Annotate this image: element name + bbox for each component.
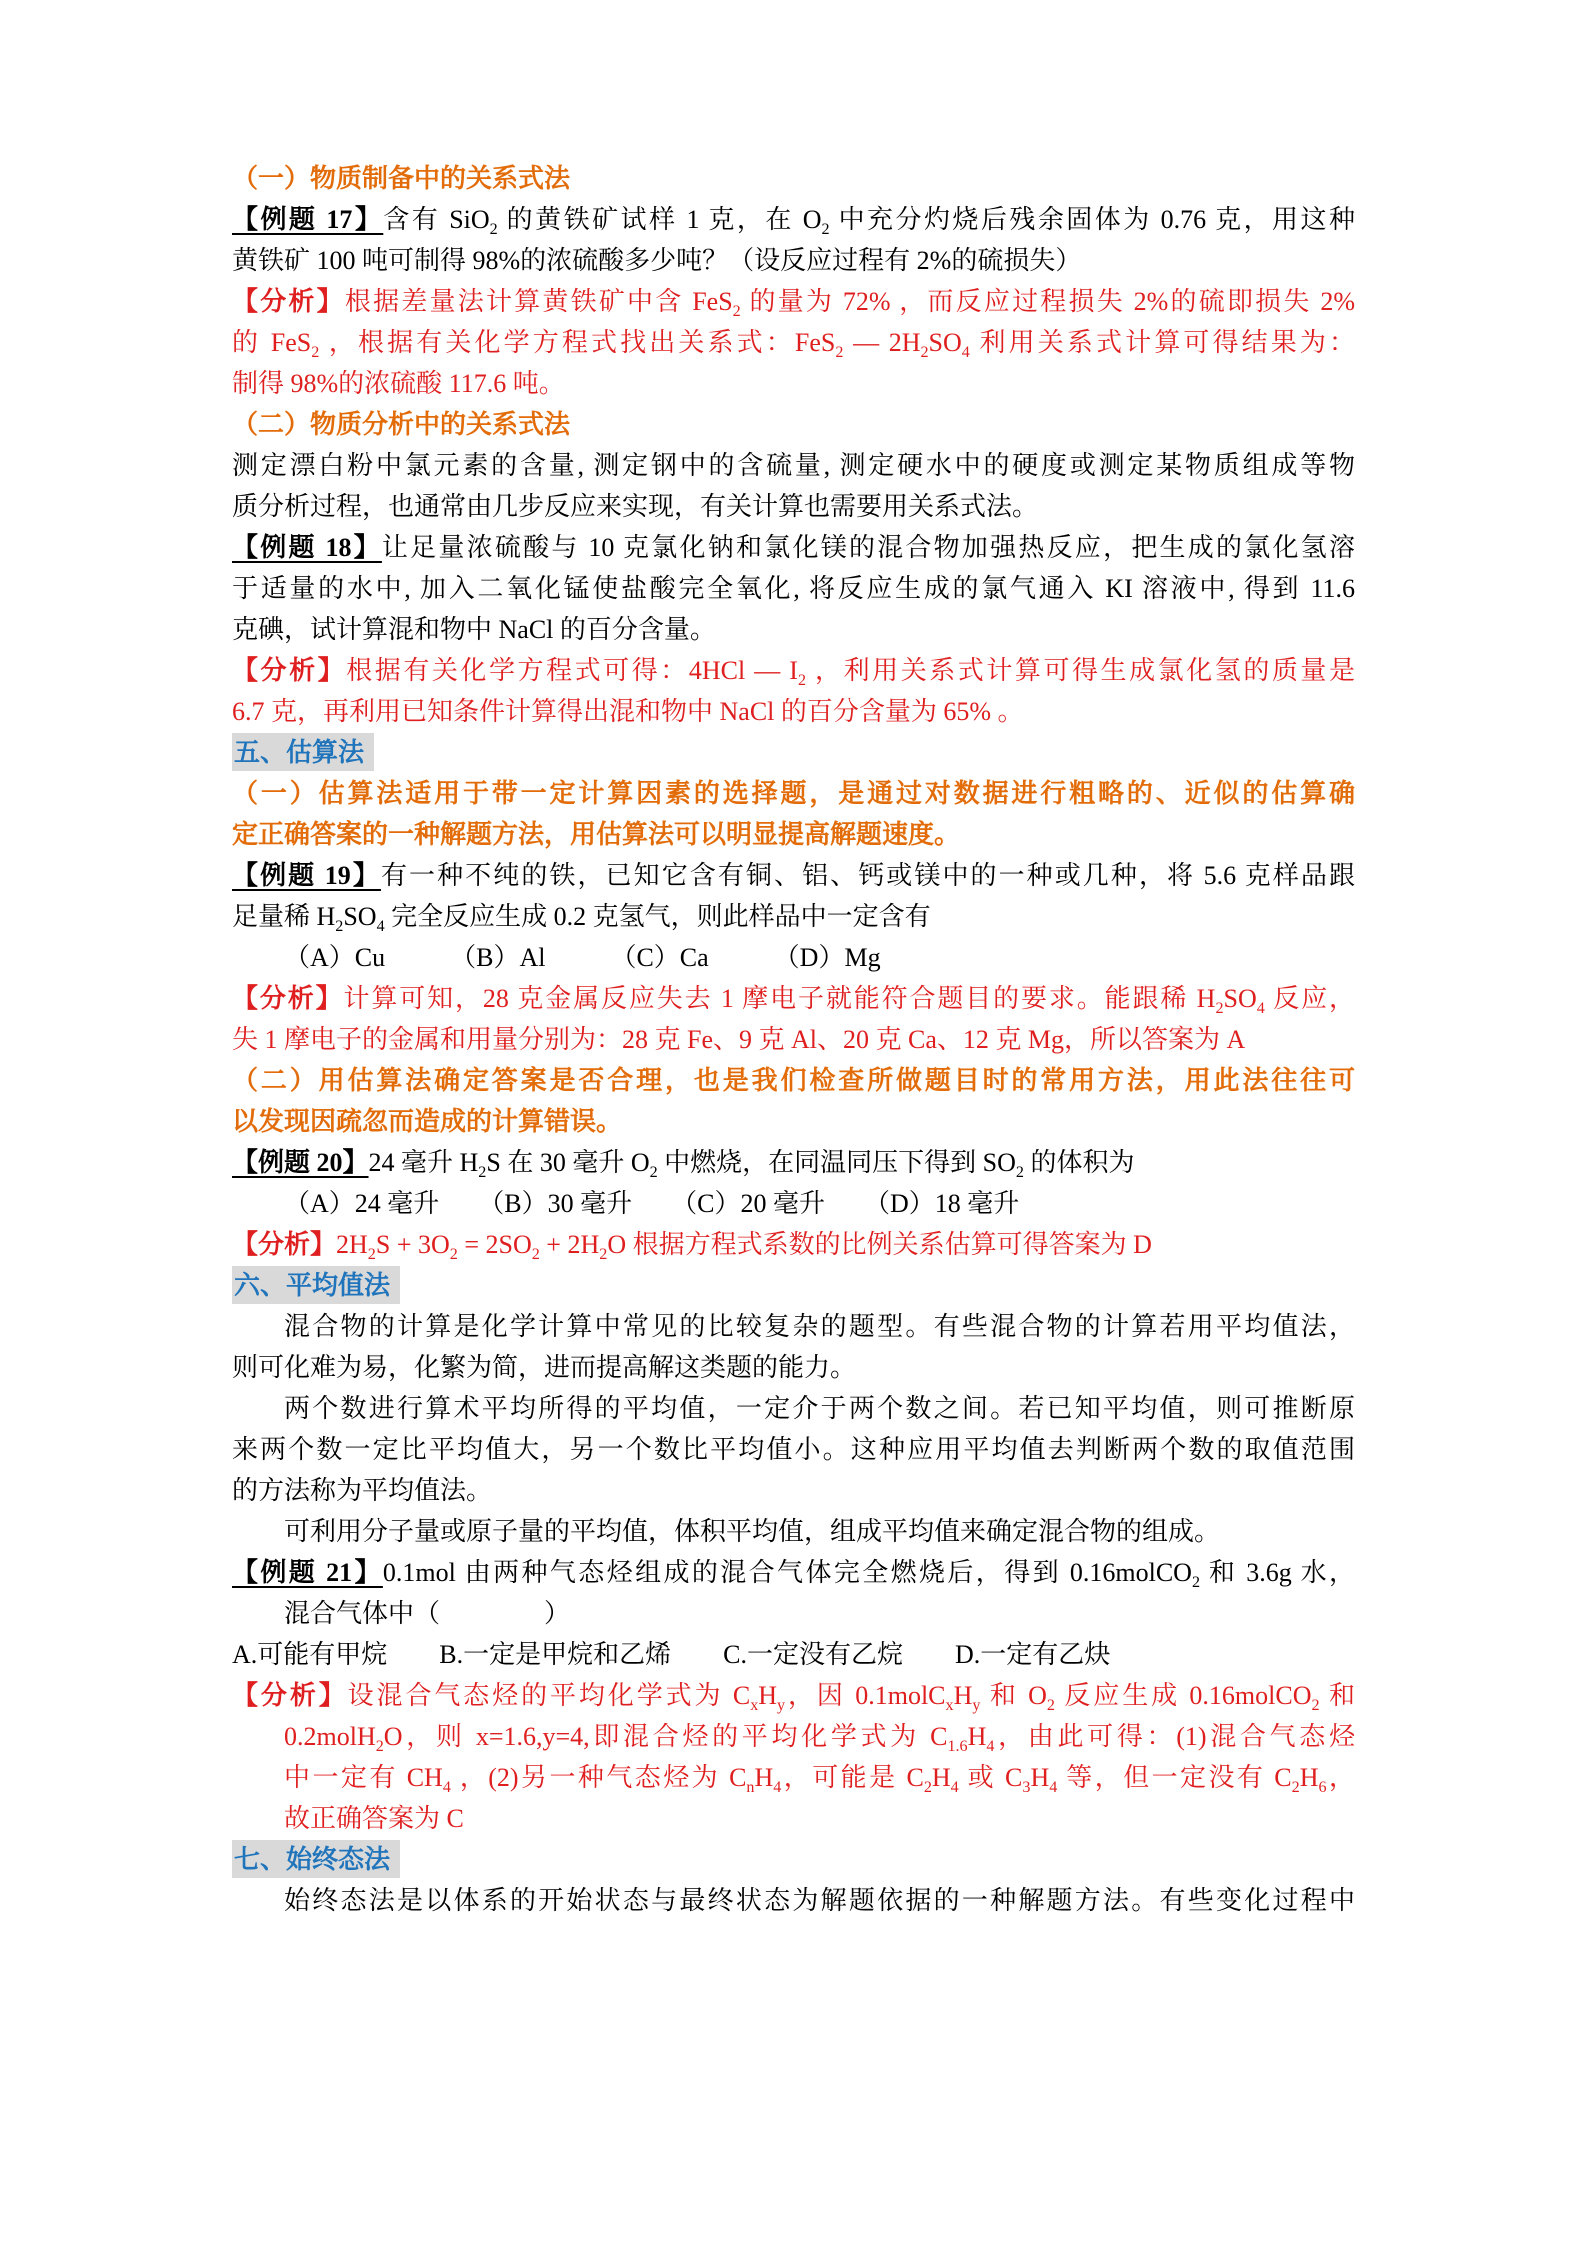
subscript: 1.6	[947, 1738, 967, 1755]
text-line: 黄铁矿 100 吨可制得 98%的浓硫酸多少吨？（设反应过程有 2%的硫损失）	[232, 240, 1355, 281]
subscript: 2	[822, 221, 830, 238]
example-label: 【例题 18】	[232, 533, 382, 562]
subscript: 4	[1049, 1779, 1057, 1796]
example-label: 【例题 20】	[232, 1148, 369, 1177]
text-line: 的 FeS2 ，根据有关化学方程式找出关系式：FeS2 — 2H2SO4 利用关…	[232, 322, 1355, 363]
example-label: 【例题 19】	[232, 861, 381, 890]
text-line: （A）24 毫升 （B）30 毫升 （C）20 毫升 （D）18 毫升	[232, 1183, 1355, 1224]
subscript: 2	[532, 1246, 540, 1263]
text-line: 克碘，试计算混和物中 NaCl 的百分含量。	[232, 609, 1355, 650]
subscript: 2	[1192, 1574, 1200, 1591]
subscript: 4	[951, 1779, 959, 1796]
text-line: （二）用估算法确定答案是否合理，也是我们检查所做题目时的常用方法，用此法往往可	[232, 1060, 1355, 1101]
subscript: 2	[478, 1164, 486, 1181]
text-line: 则可化难为易，化繁为简，进而提高解这类题的能力。	[232, 1347, 1355, 1388]
text-line: 6.7 克，再利用已知条件计算得出混和物中 NaCl 的百分含量为 65% 。	[232, 691, 1355, 732]
analysis-label: 【分析】	[232, 1230, 336, 1259]
text-line: 【例题 20】24 毫升 H2S 在 30 毫升 O2 中燃烧，在同温同压下得到…	[232, 1142, 1355, 1183]
example-label: 【例题 17】	[232, 205, 383, 234]
text-line: 足量稀 H2SO4 完全反应生成 0.2 克氢气，则此样品中一定含有	[232, 896, 1355, 937]
text-line: 【分析】根据有关化学方程式可得：4HCl — I2 ，利用关系式计算可得生成氯化…	[232, 650, 1355, 691]
subscript: 3	[1022, 1779, 1030, 1796]
text-line: （一）估算法适用于带一定计算因素的选择题，是通过对数据进行粗略的、近似的估算确	[232, 773, 1355, 814]
text-line: 【分析】根据差量法计算黄铁矿中含 FeS2 的量为 72% ，而反应过程损失 2…	[232, 281, 1355, 322]
document-page: （一）物质制备中的关系式法【例题 17】含有 SiO2 的黄铁矿试样 1 克，在…	[0, 0, 1587, 1921]
text-line: 故正确答案为 C	[232, 1798, 1355, 1839]
subscript: x	[750, 1697, 758, 1714]
text-line: 【分析】计算可知，28 克金属反应失去 1 摩电子就能符合题目的要求。能跟稀 H…	[232, 978, 1355, 1019]
text-line: 于适量的水中, 加入二氧化锰使盐酸完全氧化, 将反应生成的氯气通入 KI 溶液中…	[232, 568, 1355, 609]
text-line: （A）Cu （B）Al （C）Ca （D）Mg	[232, 937, 1355, 978]
section-heading: （二）物质分析中的关系式法	[232, 404, 1355, 445]
text-line: 【分析】设混合气态烃的平均化学式为 CxHy，因 0.1molCxHy 和 O2…	[232, 1675, 1355, 1716]
subscript: 2	[376, 1738, 384, 1755]
subscript: 4	[773, 1779, 781, 1796]
text-line: 【例题 17】含有 SiO2 的黄铁矿试样 1 克，在 O2 中充分灼烧后残余固…	[232, 199, 1355, 240]
subscript: 4	[443, 1779, 451, 1796]
text-line: 始终态法是以体系的开始状态与最终状态为解题依据的一种解题方法。有些变化过程中	[232, 1880, 1355, 1921]
example-label: 【例题 21】	[232, 1558, 383, 1587]
subscript: 4	[962, 344, 970, 361]
analysis-label: 【分析】	[232, 287, 345, 316]
analysis-label: 【分析】	[232, 984, 344, 1013]
subscript: 2	[599, 1246, 607, 1263]
subscript: y	[972, 1697, 980, 1714]
text-line: 来两个数一定比平均值大，另一个数比平均值小。这种应用平均值去判断两个数的取值范围	[232, 1429, 1355, 1470]
section-heading: （一）物质制备中的关系式法	[232, 158, 1355, 199]
text-line: 定正确答案的一种解题方法，用估算法可以明显提高解题速度。	[232, 814, 1355, 855]
subscript: 2	[1215, 1000, 1223, 1017]
subscript: 2	[835, 344, 843, 361]
text-line: 测定漂白粉中氯元素的含量, 测定钢中的含硫量, 测定硬水中的硬度或测定某物质组成…	[232, 445, 1355, 486]
text-line: 中一定有 CH4 ，(2)另一种气态烃为 CnH4，可能是 C2H4 或 C3H…	[232, 1757, 1355, 1798]
text-line: 的方法称为平均值法。	[232, 1470, 1355, 1511]
document-content: （一）物质制备中的关系式法【例题 17】含有 SiO2 的黄铁矿试样 1 克，在…	[0, 0, 1587, 1921]
highlighted-heading-text: 六、平均值法	[232, 1266, 400, 1304]
text-line: 制得 98%的浓硫酸 117.6 吨。	[232, 363, 1355, 404]
subscript: x	[946, 1697, 954, 1714]
subscript: 2	[924, 1779, 932, 1796]
analysis-label: 【分析】	[232, 1681, 348, 1710]
text-line: 两个数进行算术平均所得的平均值，一定介于两个数之间。若已知平均值，则可推断原	[232, 1388, 1355, 1429]
text-line: 以发现因疏忽而造成的计算错误。	[232, 1101, 1355, 1142]
text-line: 0.2molH2O，则 x=1.6,y=4,即混合烃的平均化学式为 C1.6H4…	[232, 1716, 1355, 1757]
subscript: 2	[450, 1246, 458, 1263]
subscript: 2	[368, 1246, 376, 1263]
subscript: 2	[1016, 1164, 1024, 1181]
text-line: 【分析】2H2S + 3O2 = 2SO2 + 2H2O 根据方程式系数的比例关…	[232, 1224, 1355, 1265]
subscript: 2	[490, 221, 498, 238]
section-heading: 五、估算法	[232, 732, 1355, 773]
text-line: 失 1 摩电子的金属和用量分别为：28 克 Fe、9 克 Al、20 克 Ca、…	[232, 1019, 1355, 1060]
subscript: 2	[650, 1164, 658, 1181]
highlighted-heading-text: 五、估算法	[232, 733, 374, 771]
subscript: 2	[335, 918, 343, 935]
text-line: 【例题 18】让足量浓硫酸与 10 克氯化钠和氯化镁的混合物加强热反应，把生成的…	[232, 527, 1355, 568]
subscript: 4	[377, 918, 385, 935]
subscript: y	[777, 1697, 785, 1714]
section-heading: 七、始终态法	[232, 1839, 1355, 1880]
subscript: 6	[1318, 1779, 1326, 1796]
text-line: 质分析过程，也通常由几步反应来实现，有关计算也需要用关系式法。	[232, 486, 1355, 527]
subscript: 2	[1312, 1697, 1320, 1714]
subscript: 2	[311, 344, 319, 361]
text-line: A.可能有甲烷 B.一定是甲烷和乙烯 C.一定没有乙烷 D.一定有乙炔	[232, 1634, 1355, 1675]
subscript: 4	[986, 1738, 994, 1755]
subscript: n	[746, 1779, 754, 1796]
text-line: 【例题 19】有一种不纯的铁，已知它含有铜、铝、钙或镁中的一种或几种，将 5.6…	[232, 855, 1355, 896]
text-line: 混合物的计算是化学计算中常见的比较复杂的题型。有些混合物的计算若用平均值法，	[232, 1306, 1355, 1347]
subscript: 2	[920, 344, 928, 361]
subscript: 4	[1257, 1000, 1265, 1017]
highlighted-heading-text: 七、始终态法	[232, 1840, 400, 1878]
subscript: 2	[1047, 1697, 1055, 1714]
text-line: 混合气体中（ ）	[232, 1593, 1355, 1634]
subscript: 2	[798, 672, 806, 689]
subscript: 2	[1292, 1779, 1300, 1796]
text-line: 可利用分子量或原子量的平均值，体积平均值，组成平均值来确定混合物的组成。	[232, 1511, 1355, 1552]
section-heading: 六、平均值法	[232, 1265, 1355, 1306]
analysis-label: 【分析】	[232, 656, 346, 685]
subscript: 2	[733, 303, 741, 320]
text-line: 【例题 21】0.1mol 由两种气态烃组成的混合气体完全燃烧后，得到 0.16…	[232, 1552, 1355, 1593]
